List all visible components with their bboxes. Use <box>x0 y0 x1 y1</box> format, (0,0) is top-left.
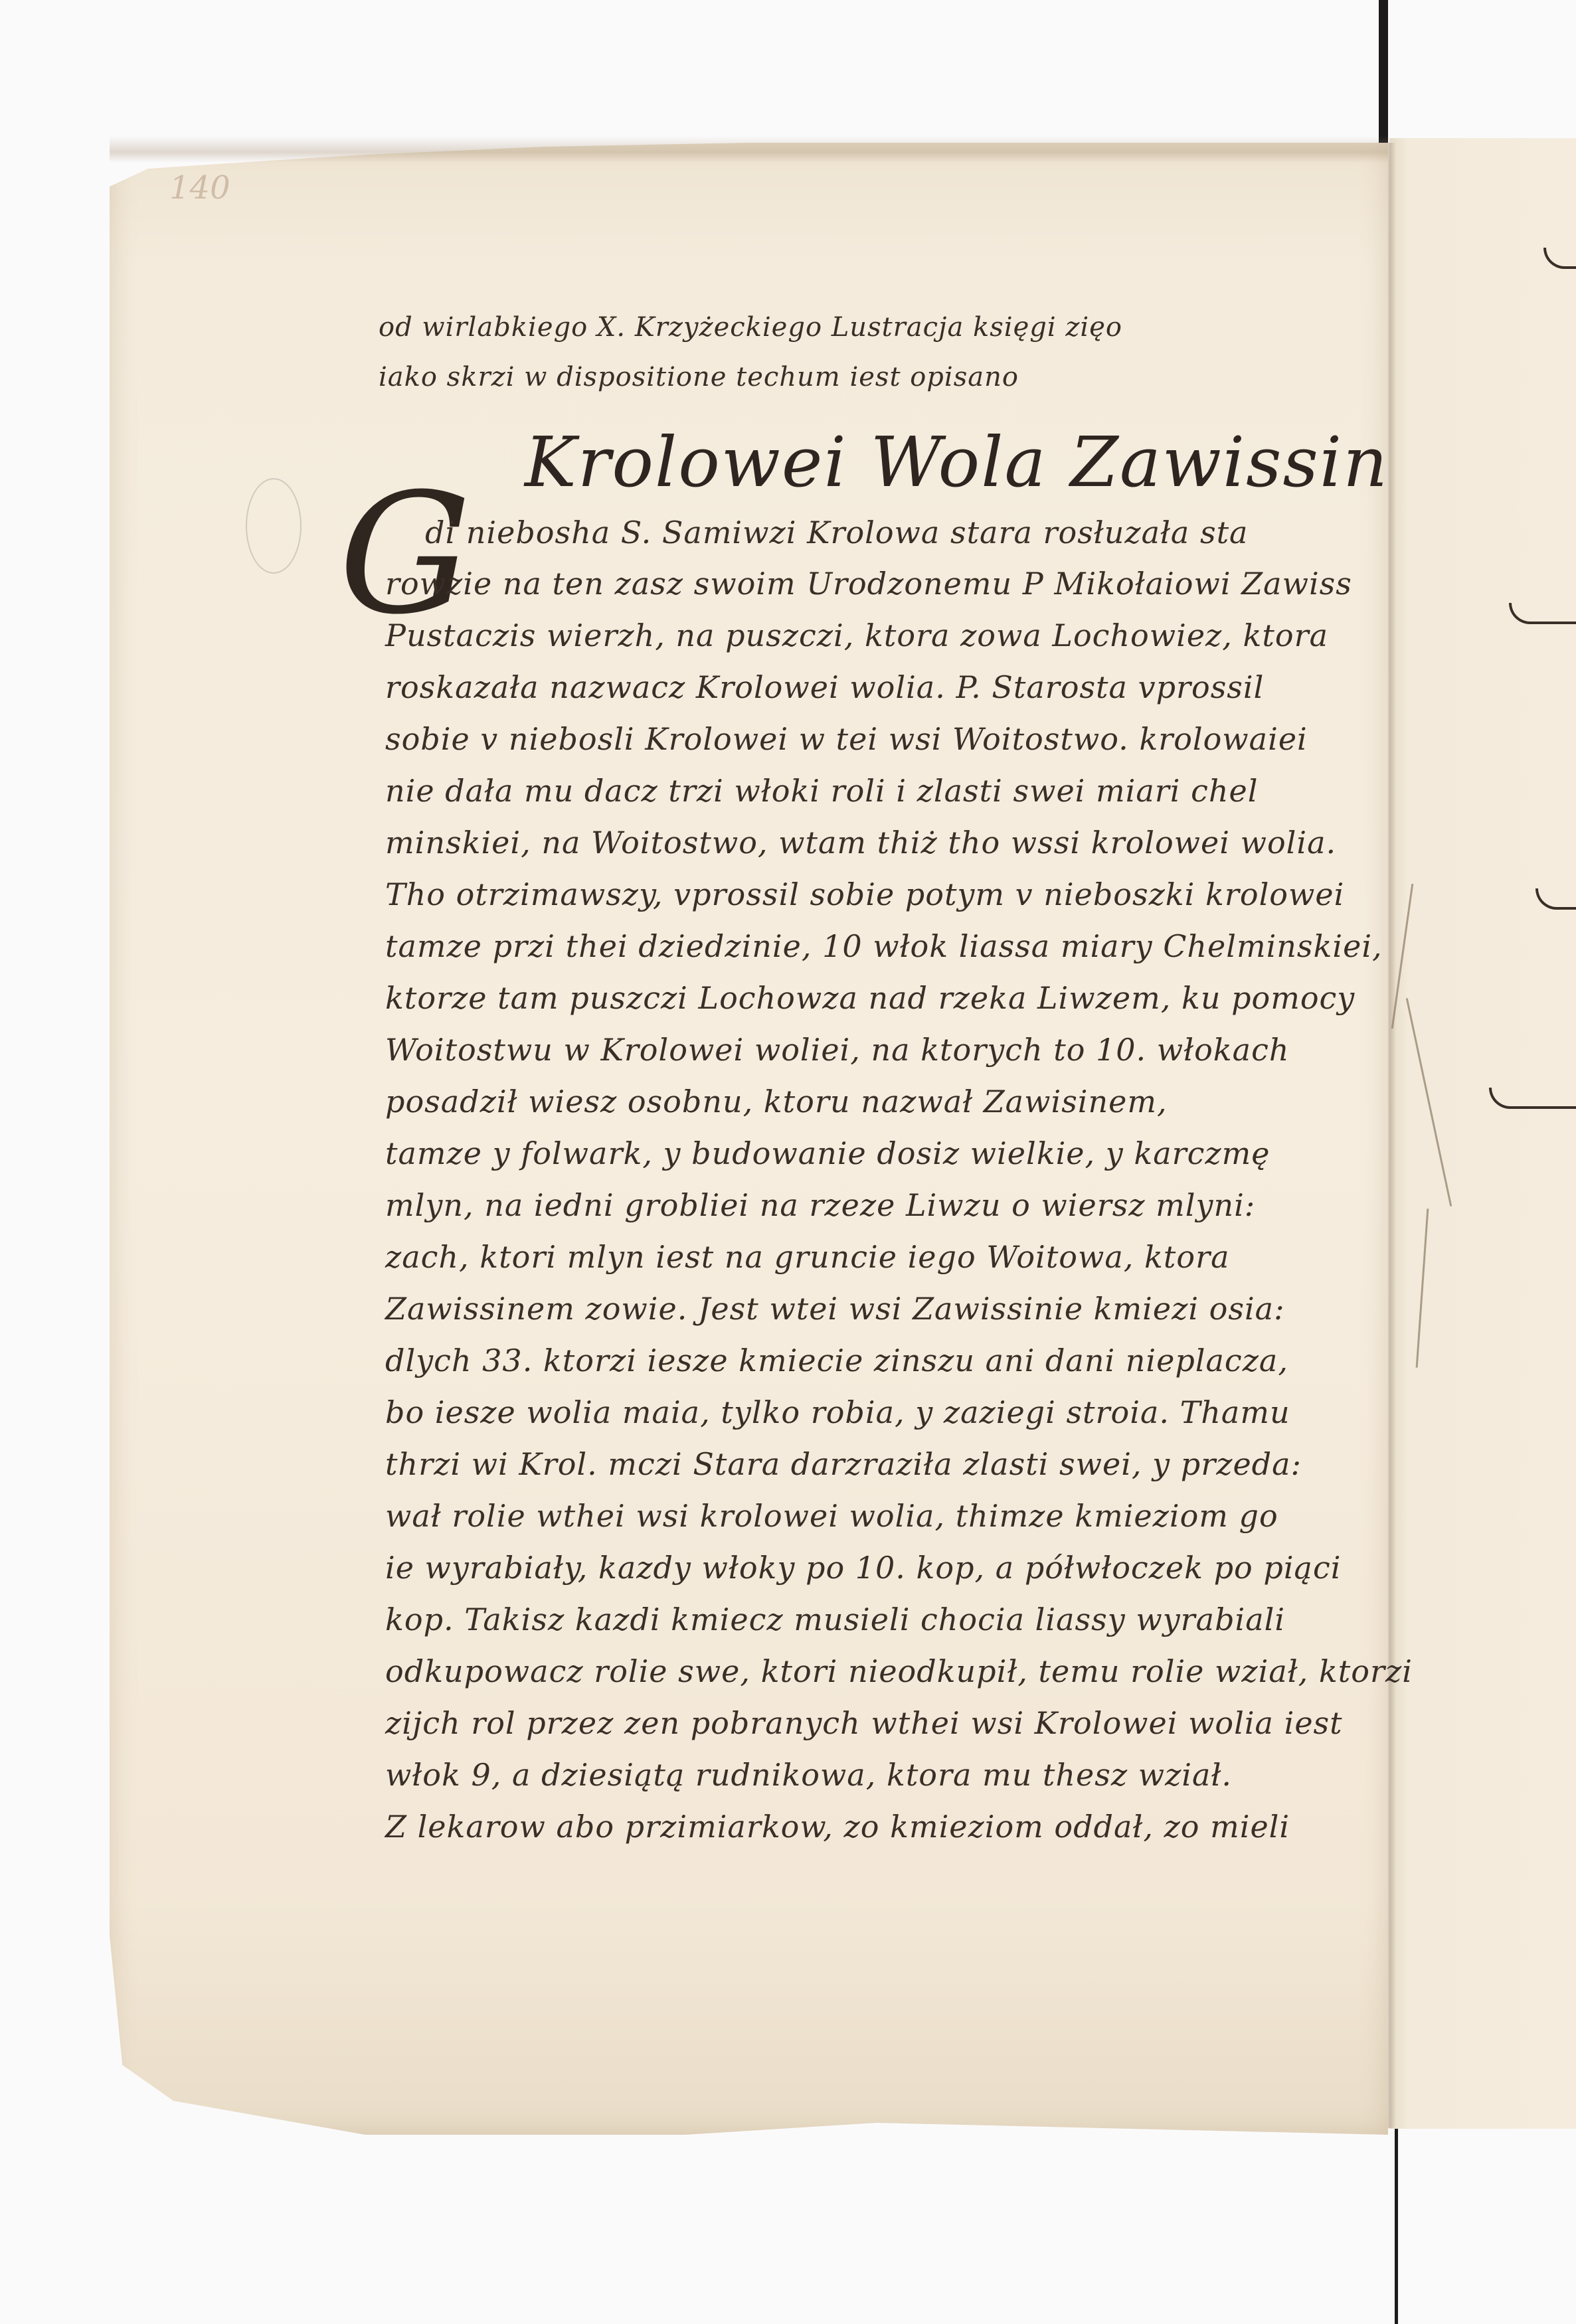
body-line: odkupowacz rolie swe, ktori nieodkupił, … <box>385 1653 1413 1689</box>
folio-number: 140 <box>169 169 230 207</box>
body-line: tamze przi thei dziedzinie, 10 włok lias… <box>385 928 1383 964</box>
facing-page-flourish <box>1489 1088 1576 1109</box>
body-line: włok 9, a dziesiątą rudnikowa, ktora mu … <box>385 1757 1232 1793</box>
body-line: nie dała mu dacz trzi włoki roli i zlast… <box>385 773 1258 809</box>
body-line: zach, ktori mlyn iest na gruncie iego Wo… <box>385 1239 1230 1275</box>
body-line: mlyn, na iedni grobliei na rzeze Liwzu o… <box>385 1187 1255 1223</box>
body-line: di niebosha S. Samiwzi Krolowa stara ros… <box>425 515 1249 550</box>
body-line: sobie v niebosli Krolowei w tei wsi Woit… <box>385 721 1308 757</box>
body-line: Woitostwu w Krolowei woliei, na ktorych … <box>385 1032 1289 1068</box>
body-line: tamze y folwark, y budowanie dosiz wielk… <box>385 1135 1270 1171</box>
body-line: wał rolie wthei wsi krolowei wolia, thim… <box>385 1498 1278 1534</box>
facing-page-flourish <box>1509 603 1576 624</box>
body-line: minskiei, na Woitostwo, wtam thiż tho ws… <box>385 825 1336 861</box>
body-line: roskazała nazwacz Krolowei wolia. P. Sta… <box>385 669 1264 705</box>
body-line: Tho otrzimawszy, vprossil sobie potym v … <box>385 876 1344 912</box>
body-line: ie wyrabiały, kazdy włoky po 10. kop, a … <box>385 1550 1341 1586</box>
page-title: Krolowei Wola Zawissin <box>525 422 1389 503</box>
preamble-line: od wirlabkiego X. Krzyżeckiego Lustracja… <box>379 312 1122 343</box>
body-line: Zawissinem zowie. Jest wtei wsi Zawissin… <box>385 1291 1285 1327</box>
preamble-line: iako skrzi w dispositione techum iest op… <box>379 362 1019 392</box>
body-line: thrzi wi Krol. mczi Stara darzraziła zla… <box>385 1446 1302 1482</box>
pencil-mark <box>246 478 302 574</box>
binding-strip-bottom <box>1395 2125 1398 2324</box>
body-line: posadził wiesz osobnu, ktoru nazwał Zawi… <box>385 1084 1168 1120</box>
facing-page-flourish <box>1535 888 1576 910</box>
body-line: zijch rol przez zen pobranych wthei wsi … <box>385 1705 1343 1741</box>
body-line: rowzie na ten zasz swoim Urodzonemu P Mi… <box>385 566 1352 602</box>
body-line: kop. Takisz kazdi kmiecz musieli chocia … <box>385 1602 1285 1637</box>
body-line: dlych 33. ktorzi iesze kmiecie zinszu an… <box>385 1343 1288 1378</box>
decorated-initial: G <box>339 471 472 637</box>
facing-page-flourish <box>1543 248 1576 269</box>
binding-strip-top <box>1379 0 1388 159</box>
body-line: Z lekarow abo przimiarkow, zo kmieziom o… <box>385 1809 1290 1845</box>
body-line: bo iesze wolia maia, tylko robia, y zazi… <box>385 1394 1290 1430</box>
facing-page <box>1389 138 1576 2129</box>
body-line: Pustaczis wierzh, na puszczi, ktora zowa… <box>385 618 1328 653</box>
body-line: ktorze tam puszczi Lochowza nad rzeka Li… <box>385 980 1355 1016</box>
